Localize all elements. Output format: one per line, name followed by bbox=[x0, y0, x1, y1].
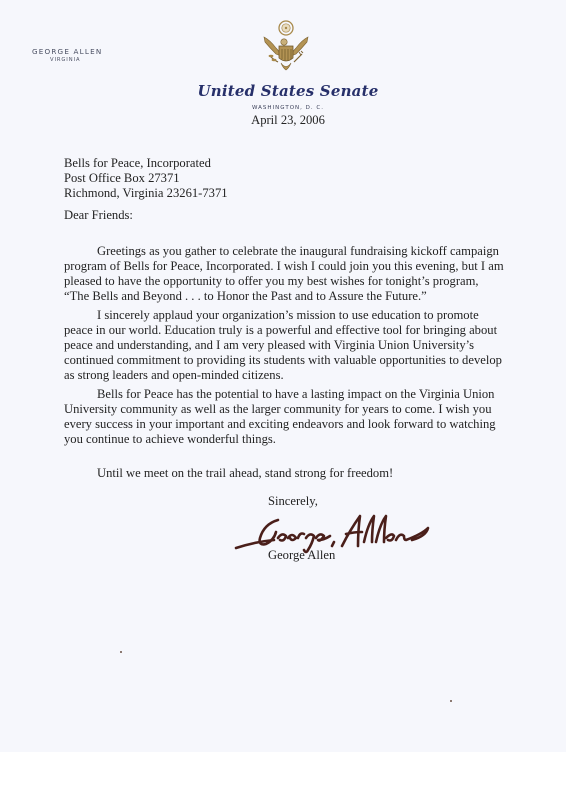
letter-date: April 23, 2006 bbox=[0, 113, 576, 128]
institution-title: United States Senate bbox=[0, 82, 576, 100]
paper-speck bbox=[450, 700, 452, 702]
great-seal-eagle-icon bbox=[256, 18, 316, 78]
closing: Sincerely, bbox=[268, 494, 318, 509]
body-paragraph: I sincerely applaud your organization’s … bbox=[64, 308, 504, 383]
sender-name: GEORGE ALLEN bbox=[32, 47, 102, 56]
institution-city: WASHINGTON, D. C. bbox=[0, 105, 576, 111]
body-paragraph: Greetings as you gather to celebrate the… bbox=[64, 244, 504, 304]
recipient-address: Bells for Peace, Incorporated Post Offic… bbox=[64, 156, 484, 201]
page-margin-bottom bbox=[0, 752, 576, 792]
address-line: Post Office Box 27371 bbox=[64, 171, 484, 186]
address-line: Bells for Peace, Incorporated bbox=[64, 156, 484, 171]
signer-name: George Allen bbox=[268, 548, 335, 563]
body-paragraph: Until we meet on the trail ahead, stand … bbox=[64, 466, 504, 481]
salutation: Dear Friends: bbox=[64, 208, 133, 223]
sender-state: VIRGINIA bbox=[50, 57, 80, 63]
address-line: Richmond, Virginia 23261-7371 bbox=[64, 186, 484, 201]
body-paragraph: Bells for Peace has the potential to hav… bbox=[64, 387, 504, 447]
paper-speck bbox=[120, 651, 122, 653]
